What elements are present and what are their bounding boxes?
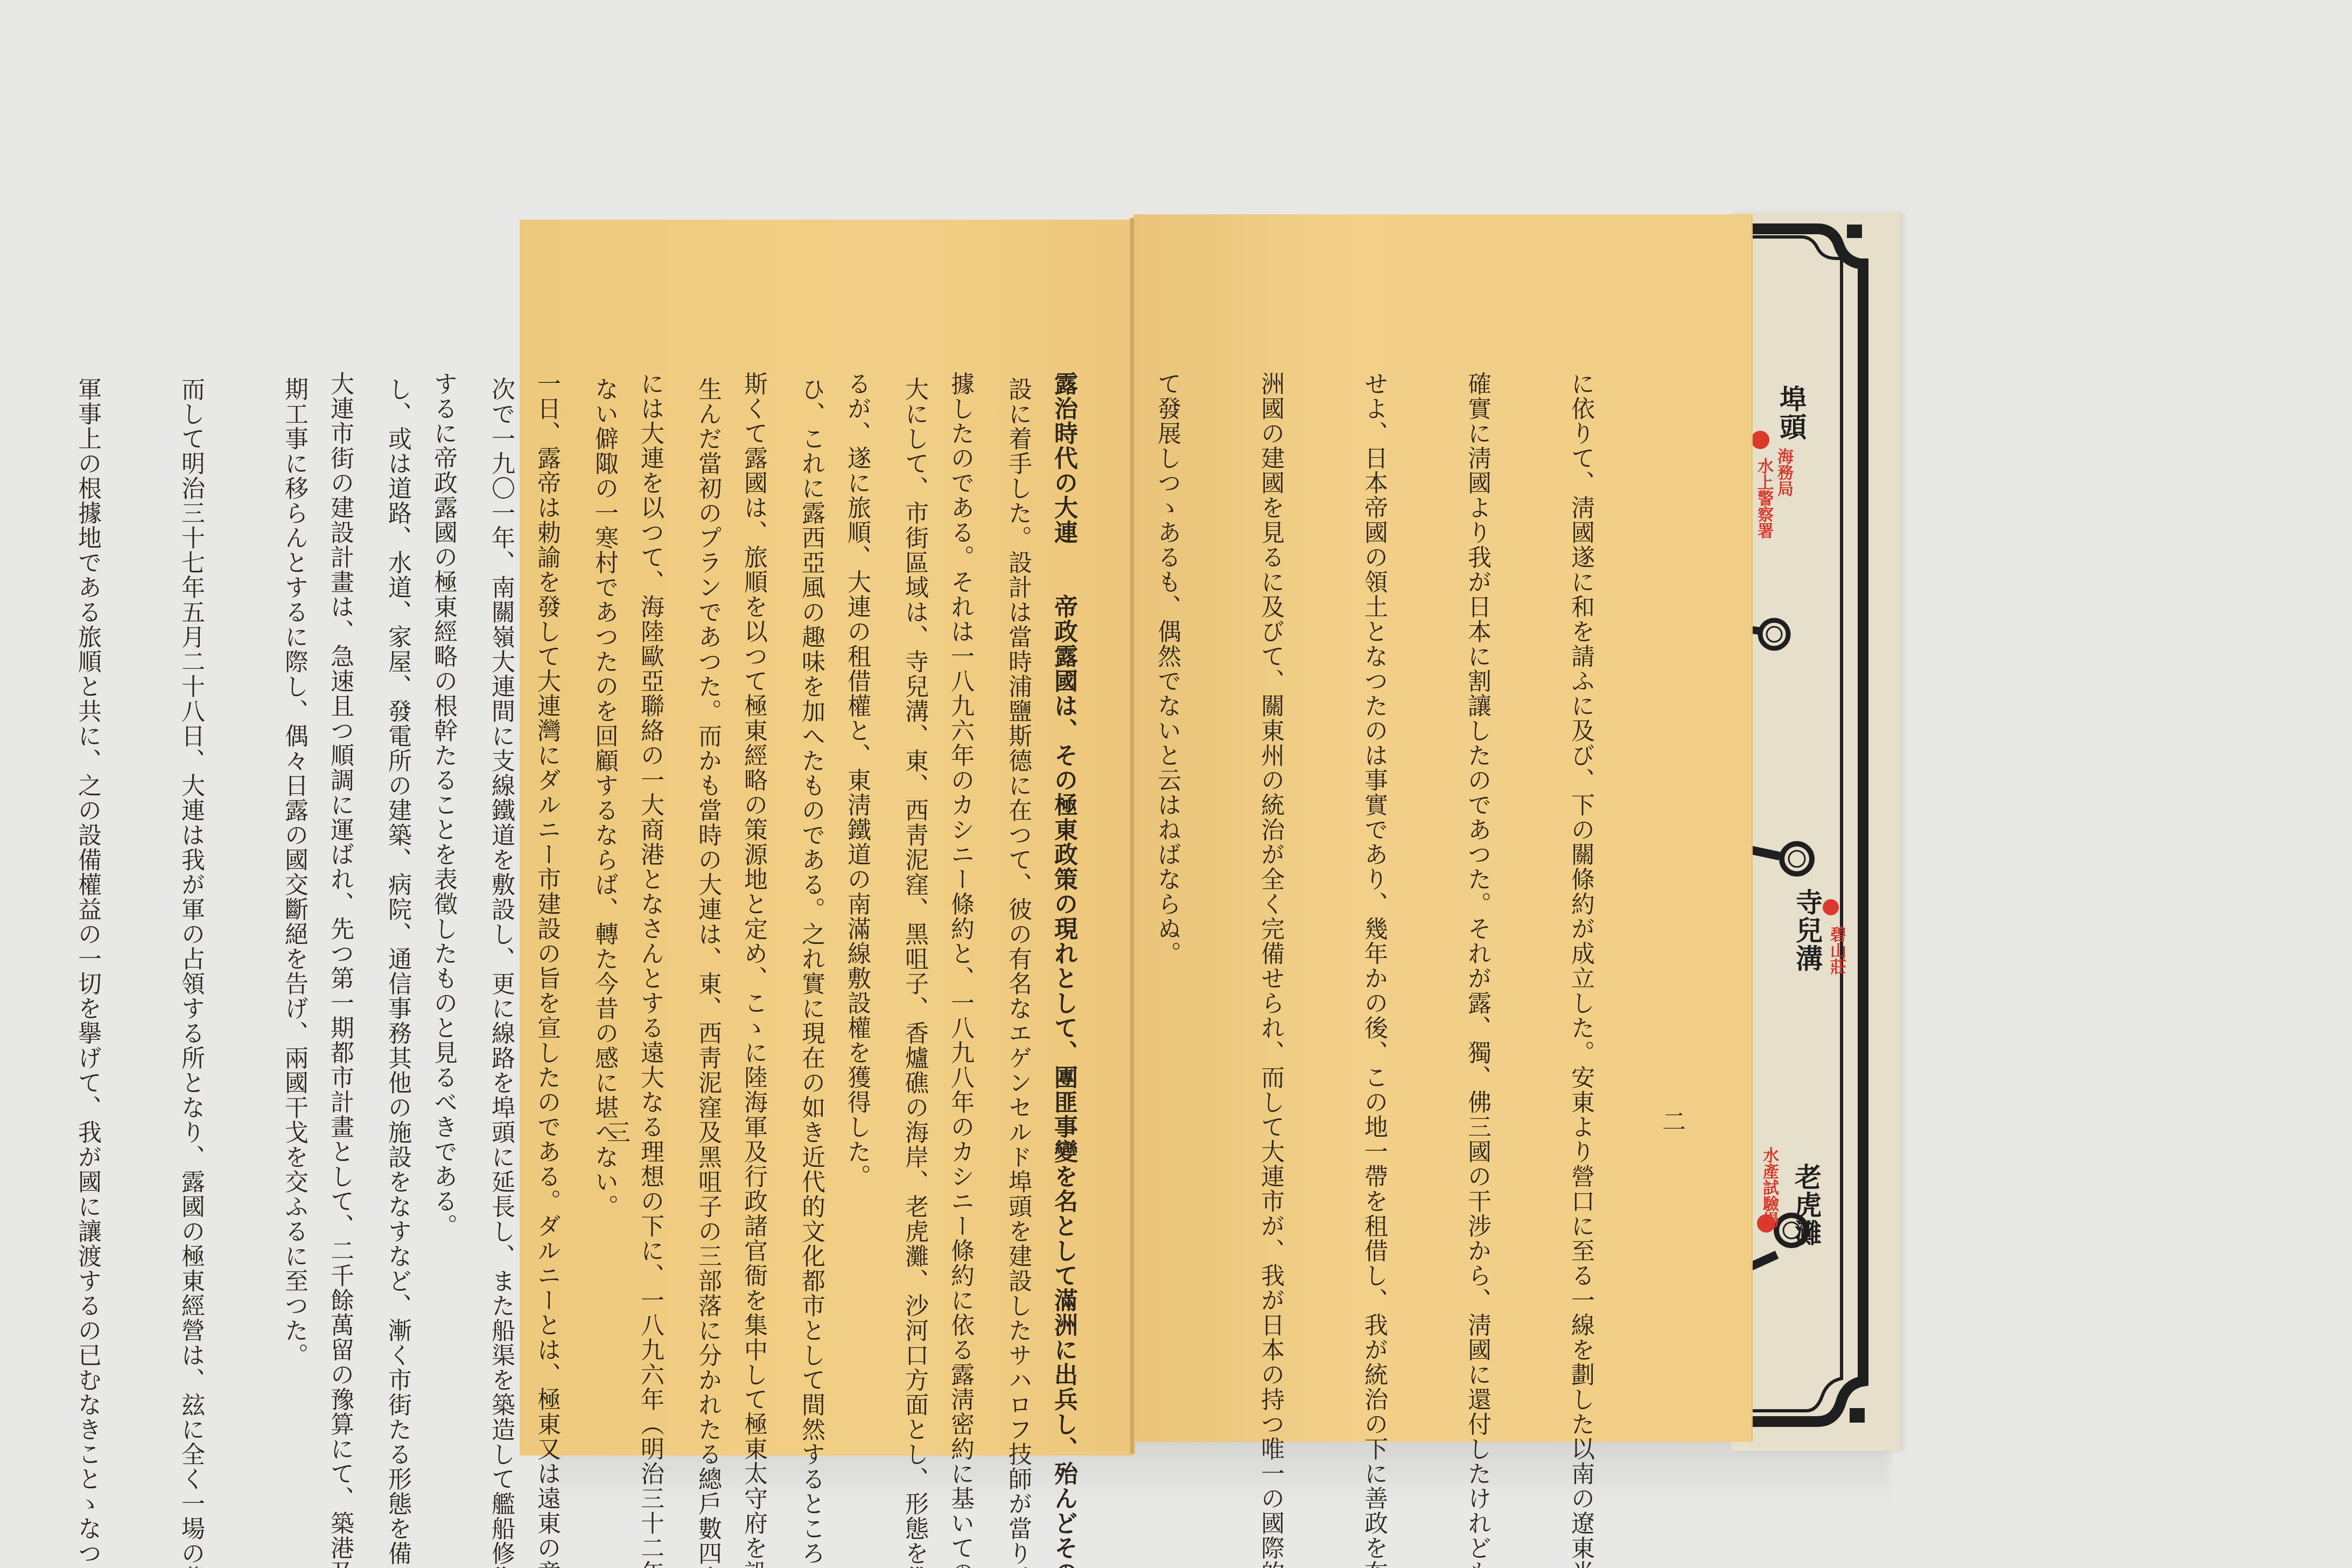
text-column: 洲國の建國を見るに及びて、關東州の統治が全く完備せられ、而して大連市が、我が日本… xyxy=(1253,372,1287,1330)
text-column: 軍事上の根據地である旅順と共に、之の設備權益の一切を擧げて、我が國に讓渡するの已… xyxy=(70,377,104,1335)
section-heading-column: 帝國治下の大連 大連が我が軍に占領さるゝと同時に軍政が布かれ、明治三十八年紀元節… xyxy=(0,377,1,1335)
text-column: せよ、日本帝國の領土となつたのは事實であり、幾年かの後、この地一帶を租借し、我が… xyxy=(1356,372,1391,1330)
text-column: 次で一九〇一年、南關嶺大連間に支線鐵道を敷設し、更に線路を埠頭に延長し、また船渠… xyxy=(484,377,518,1335)
station-label: 老虎灘 xyxy=(1787,1163,1825,1247)
text-column: て發展しつゝあるも、偶然でないと云はねばならぬ。 xyxy=(1150,372,1184,1330)
text-column: 生んだ當初のプランであつた。而かも當時の大連は、東、西靑泥窪及黑咀子の三部落に分… xyxy=(690,377,725,1335)
text-column: し、或は道路、水道、家屋、發電所の建築、病院、通信事務其他の施設をなすなど、漸く… xyxy=(380,377,415,1335)
landmark-dot-icon xyxy=(1751,431,1769,449)
landmark-dot-icon xyxy=(1757,1214,1775,1233)
text-column: 確實に淸國より我が日本に割讓したのであつた。それが露、獨、佛三國の干涉から、淸國… xyxy=(1460,372,1494,1330)
page-number-right: 二 xyxy=(1654,1109,1689,1133)
landmark-label: 水上警察署 xyxy=(1752,458,1775,538)
text-column: 而して明治三十七年五月二十八日、大連は我が軍の占領する所となり、露國の極東經營は… xyxy=(173,377,208,1335)
left-page-text: 設に着手した。設計は當時浦鹽斯德に在つて、彼の有名なエゲンセルド埠頭を建設したサ… xyxy=(619,377,1104,1335)
station-jijikou-icon xyxy=(1742,844,1812,874)
text-column: ない僻陬の一寒村であつたのを回顧するならば、轉た今昔の感に堪へない。 xyxy=(587,377,621,1335)
text-column: 期工事に移らんとするに際し、偶々日露の國交斷絕を告げ、兩國干戈を交ふるに至つた。 xyxy=(277,377,311,1335)
text-column: 大にして、市街區域は、寺兒溝、東、西靑泥窪、黑咀子、香爐礁の海岸、老虎灘、沙河口… xyxy=(897,377,932,1335)
right-page-text: に依りて、淸國遂に和を請ふに及び、下の關條約が成立した。安東より營口に至る一線を… xyxy=(1220,372,1667,1330)
text-column: に依りて、淸國遂に和を請ふに及び、下の關條約が成立した。安東より營口に至る一線を… xyxy=(1563,372,1598,1330)
landmark-label: 碧山莊 xyxy=(1824,926,1848,975)
station-label: 埠頭 xyxy=(1772,385,1810,441)
page-number-left: 三 xyxy=(599,1120,633,1144)
text-column: ひ、これに露西亞風の趣味を加へたものである。之れ實に現在の如き近代的文化都市とし… xyxy=(794,377,828,1335)
text-column: 設に着手した。設計は當時浦鹽斯德に在つて、彼の有名なエゲンセルド埠頭を建設したサ… xyxy=(1000,377,1035,1335)
map-frame xyxy=(1731,213,1903,1451)
landmark-dot-icon xyxy=(1823,899,1839,915)
station-label: 寺兒溝 xyxy=(1788,888,1826,972)
